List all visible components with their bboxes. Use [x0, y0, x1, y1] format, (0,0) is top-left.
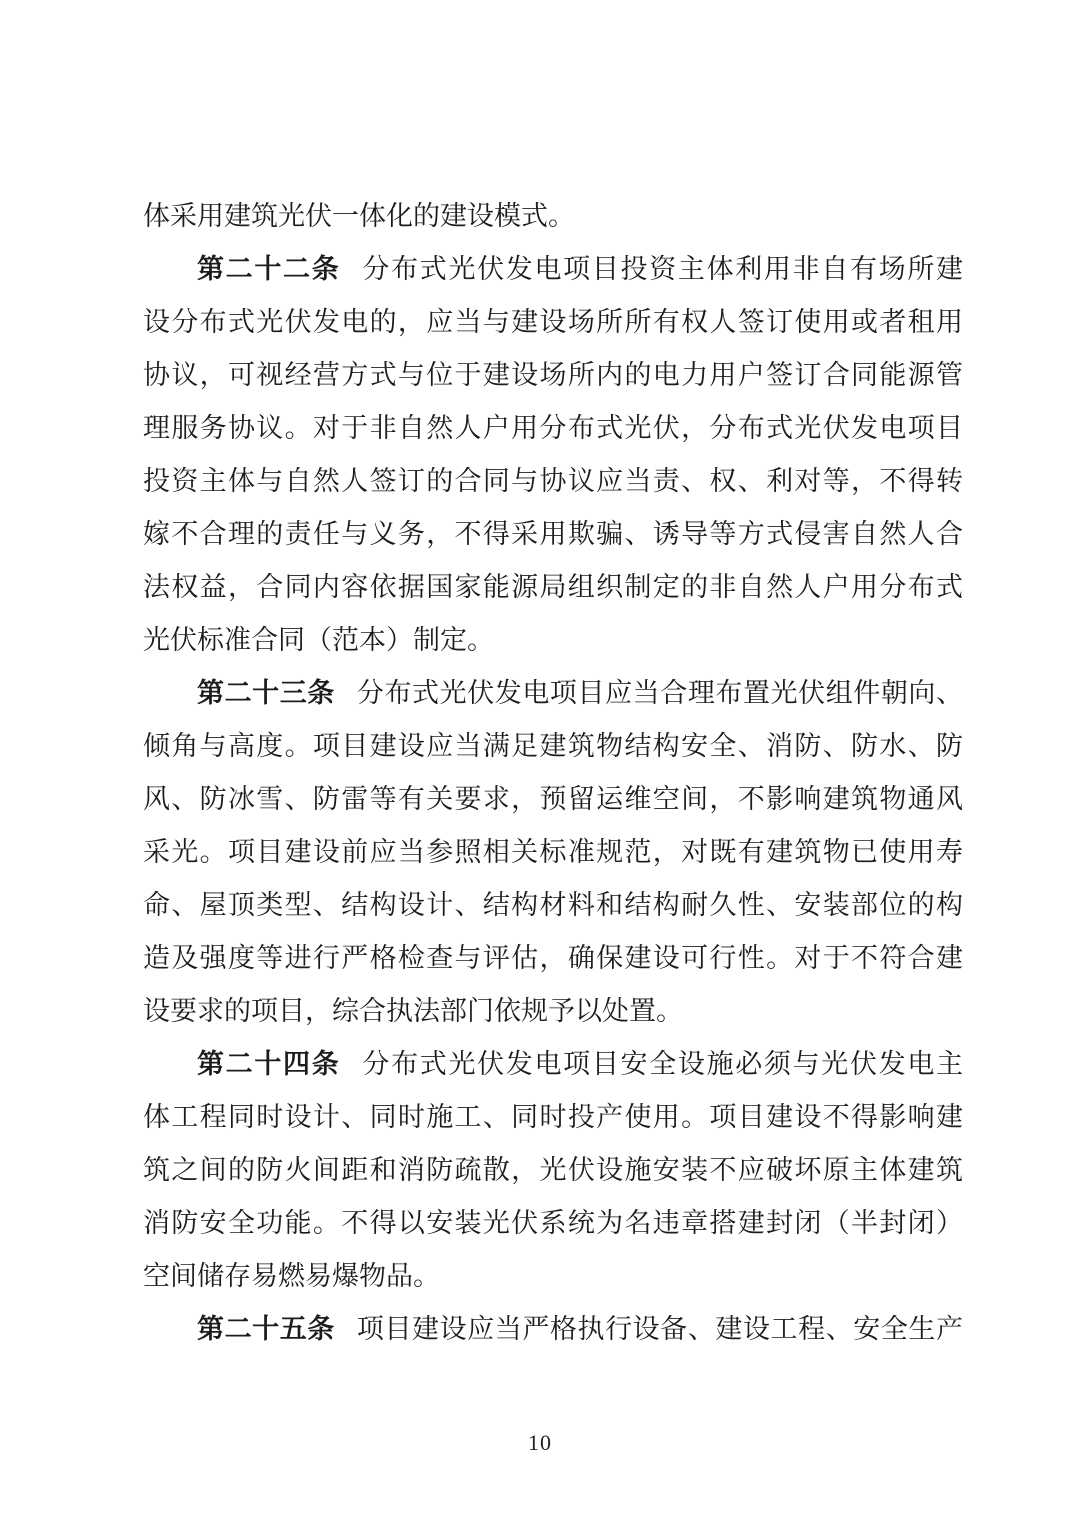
- text-line: 设分布式光伏发电的，应当与建设场所所有权人签订使用或者租用: [143, 296, 963, 349]
- line-text: 体采用建筑光伏一体化的建设模式。: [143, 201, 575, 231]
- page-number: 10: [528, 1430, 552, 1455]
- line-text: 分布式光伏发电项目安全设施必须与光伏发电主: [362, 1049, 963, 1079]
- text-line: 第二十五条项目建设应当严格执行设备、建设工程、安全生产: [143, 1303, 963, 1356]
- text-line: 空间储存易燃易爆物品。: [143, 1250, 963, 1303]
- line-text: 采光。项目建设前应当参照相关标准规范，对既有建筑物已使用寿: [143, 837, 963, 867]
- line-text: 光伏标准合同（范本）制定。: [143, 625, 494, 655]
- text-line: 造及强度等进行严格检查与评估，确保建设可行性。对于不符合建: [143, 932, 963, 985]
- text-line: 风、防冰雪、防雷等有关要求，预留运维空间，不影响建筑物通风: [143, 773, 963, 826]
- text-line: 命、屋顶类型、结构设计、结构材料和结构耐久性、安装部位的构: [143, 879, 963, 932]
- text-line: 光伏标准合同（范本）制定。: [143, 614, 963, 667]
- text-line: 理服务协议。对于非自然人户用分布式光伏，分布式光伏发电项目: [143, 402, 963, 455]
- line-text: 消防安全功能。不得以安装光伏系统为名违章搭建封闭（半封闭）: [143, 1208, 963, 1238]
- line-text: 造及强度等进行严格检查与评估，确保建设可行性。对于不符合建: [143, 943, 963, 973]
- line-text: 空间储存易燃易爆物品。: [143, 1261, 440, 1291]
- line-text: 分布式光伏发电项目投资主体利用非自有场所建: [362, 254, 963, 284]
- text-line: 第二十三条分布式光伏发电项目应当合理布置光伏组件朝向、: [143, 667, 963, 720]
- text-line: 协议，可视经营方式与位于建设场所内的电力用户签订合同能源管: [143, 349, 963, 402]
- text-line: 设要求的项目，综合执法部门依规予以处置。: [143, 985, 963, 1038]
- page-footer: 10: [0, 1430, 1080, 1456]
- line-text: 体工程同时设计、同时施工、同时投产使用。项目建设不得影响建: [143, 1102, 963, 1132]
- text-line: 倾角与高度。项目建设应当满足建筑物结构安全、消防、防水、防: [143, 720, 963, 773]
- line-text: 风、防冰雪、防雷等有关要求，预留运维空间，不影响建筑物通风: [143, 784, 963, 814]
- line-text: 设要求的项目，综合执法部门依规予以处置。: [143, 996, 683, 1026]
- text-line: 体采用建筑光伏一体化的建设模式。: [143, 190, 963, 243]
- line-text: 倾角与高度。项目建设应当满足建筑物结构安全、消防、防水、防: [143, 731, 963, 761]
- text-line: 消防安全功能。不得以安装光伏系统为名违章搭建封闭（半封闭）: [143, 1197, 963, 1250]
- text-line: 筑之间的防火间距和消防疏散，光伏设施安装不应破坏原主体建筑: [143, 1144, 963, 1197]
- document-body: 体采用建筑光伏一体化的建设模式。第二十二条分布式光伏发电项目投资主体利用非自有场…: [143, 190, 963, 1356]
- article-number: 第二十四条: [197, 1049, 340, 1079]
- line-text: 嫁不合理的责任与义务，不得采用欺骗、诱导等方式侵害自然人合: [143, 519, 963, 549]
- line-text: 法权益，合同内容依据国家能源局组织制定的非自然人户用分布式: [143, 572, 963, 602]
- line-text: 投资主体与自然人签订的合同与协议应当责、权、利对等，不得转: [143, 466, 963, 496]
- article-number: 第二十三条: [197, 678, 335, 708]
- article-number: 第二十二条: [197, 254, 340, 284]
- text-line: 第二十二条分布式光伏发电项目投资主体利用非自有场所建: [143, 243, 963, 296]
- text-line: 采光。项目建设前应当参照相关标准规范，对既有建筑物已使用寿: [143, 826, 963, 879]
- document-page: 体采用建筑光伏一体化的建设模式。第二十二条分布式光伏发电项目投资主体利用非自有场…: [0, 0, 1080, 1527]
- line-text: 分布式光伏发电项目应当合理布置光伏组件朝向、: [357, 678, 963, 708]
- text-line: 法权益，合同内容依据国家能源局组织制定的非自然人户用分布式: [143, 561, 963, 614]
- line-text: 项目建设应当严格执行设备、建设工程、安全生产: [357, 1314, 963, 1344]
- line-text: 设分布式光伏发电的，应当与建设场所所有权人签订使用或者租用: [143, 307, 963, 337]
- line-text: 筑之间的防火间距和消防疏散，光伏设施安装不应破坏原主体建筑: [143, 1155, 963, 1185]
- line-text: 协议，可视经营方式与位于建设场所内的电力用户签订合同能源管: [143, 360, 963, 390]
- text-line: 嫁不合理的责任与义务，不得采用欺骗、诱导等方式侵害自然人合: [143, 508, 963, 561]
- article-number: 第二十五条: [197, 1314, 335, 1344]
- text-line: 投资主体与自然人签订的合同与协议应当责、权、利对等，不得转: [143, 455, 963, 508]
- line-text: 命、屋顶类型、结构设计、结构材料和结构耐久性、安装部位的构: [143, 890, 963, 920]
- line-text: 理服务协议。对于非自然人户用分布式光伏，分布式光伏发电项目: [143, 413, 963, 443]
- text-line: 体工程同时设计、同时施工、同时投产使用。项目建设不得影响建: [143, 1091, 963, 1144]
- text-line: 第二十四条分布式光伏发电项目安全设施必须与光伏发电主: [143, 1038, 963, 1091]
